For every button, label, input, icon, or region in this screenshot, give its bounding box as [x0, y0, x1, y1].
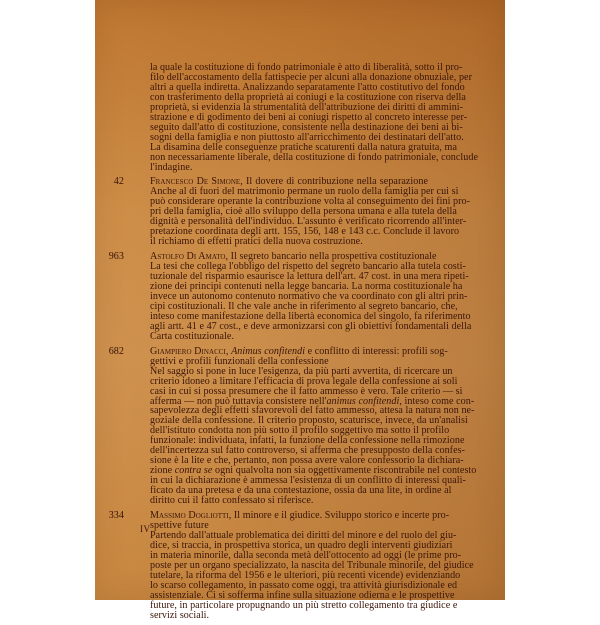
page-number: 682 — [92, 347, 124, 357]
abstract-text: Partendo dall'attuale problematica dei d… — [150, 531, 428, 600]
page-number: 963 — [92, 252, 124, 262]
page-folio: IV — [140, 524, 151, 534]
abstract-entry-continued: la quale la costituzione di fondo patrim… — [132, 63, 524, 172]
abstract-entry: 334 Massimo Dogliotti, Il minore e il gi… — [132, 511, 524, 600]
abstract-body: Giampiero Dinacci, Animus confitendi e c… — [150, 347, 428, 506]
text-line: l'indagine. — [150, 163, 428, 173]
abstract-entry: 682 Giampiero Dinacci, Animus confitendi… — [132, 347, 524, 506]
abstracts-list: la quale la costituzione di fondo patrim… — [132, 63, 524, 600]
abstract-text: Nel saggio si pone in luce l'esigenza, d… — [150, 367, 428, 506]
text-line: diritto cui il fatto confessato si rifer… — [150, 496, 428, 506]
abstract-body: Francesco De Simone, Il dovere di contri… — [150, 177, 428, 247]
page-number: 334 — [92, 511, 124, 521]
abstract-body: Massimo Dogliotti, Il minore e il giudic… — [150, 511, 428, 600]
abstract-text: La tesi che collega l'obbligo del rispet… — [150, 262, 428, 342]
abstract-body: la quale la costituzione di fondo patrim… — [150, 63, 428, 172]
book-page: la quale la costituzione di fondo patrim… — [95, 0, 505, 600]
page-number: 42 — [92, 177, 124, 187]
abstract-entry: 963 Astolfo Di Amato, Il segreto bancari… — [132, 252, 524, 342]
abstract-entry: 42 Francesco De Simone, Il dovere di con… — [132, 177, 524, 247]
abstract-body: Astolfo Di Amato, Il segreto bancario ne… — [150, 252, 428, 342]
text-line: il richiamo di effetti pratici della nuo… — [150, 237, 428, 247]
abstract-text: Anche al di fuori del matrimonio permane… — [150, 187, 428, 247]
article-title: , Il minore e il giudice. Sviluppo stori… — [229, 510, 449, 521]
text-line: Carta costituzionale. — [150, 332, 428, 342]
